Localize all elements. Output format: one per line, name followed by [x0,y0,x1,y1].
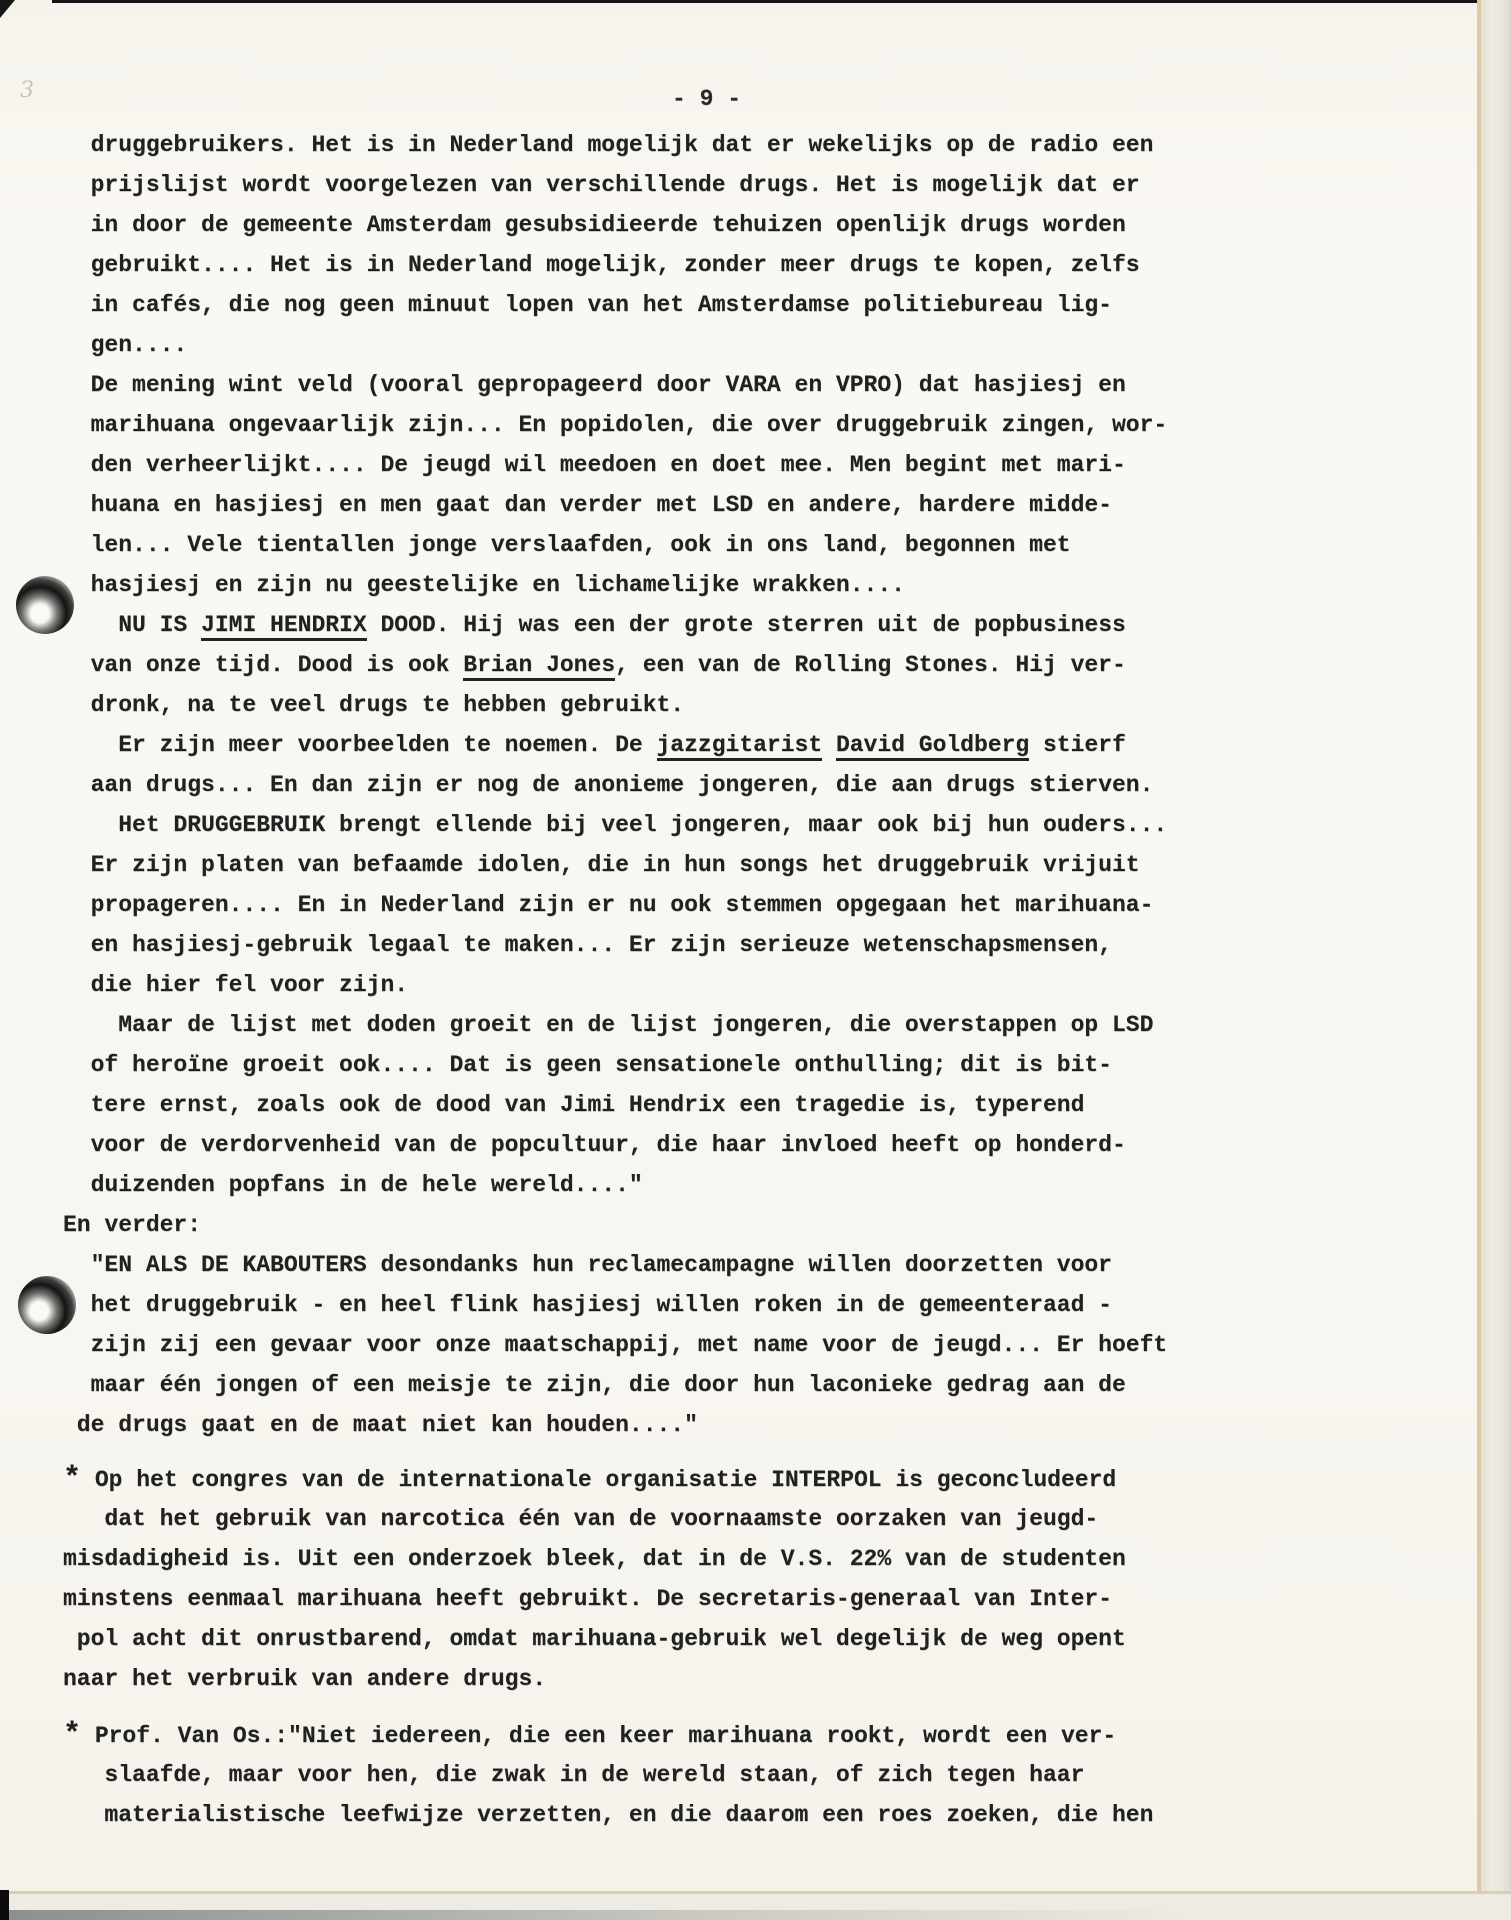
typed-line: slaafde, maar voor hen, die zwak in de w… [63,1755,1167,1795]
typed-line: zijn zij een gevaar voor onze maatschapp… [63,1325,1167,1365]
scan-bottom-shadow [8,1910,1188,1920]
typed-line: Er zijn meer voorbeelden te noemen. De j… [63,725,1167,765]
typed-line: en hasjiesj-gebruik legaal te maken... E… [63,925,1167,965]
typed-line: of heroïne groeit ook.... Dat is geen se… [63,1045,1167,1085]
typed-text: druggebruikers. Het is in Nederland moge… [63,125,1167,1835]
typed-line: misdadigheid is. Uit een onderzoek bleek… [63,1539,1167,1579]
typed-line: huana en hasjiesj en men gaat dan verder… [63,485,1167,525]
typed-line: aan drugs... En dan zijn er nog de anoni… [63,765,1167,805]
typed-line: materialistische leefwijze verzetten, en… [63,1795,1167,1835]
typed-line: duizenden popfans in de hele wereld...." [63,1165,1167,1205]
typed-line: Het DRUGGEBRUIK brengt ellende bij veel … [63,805,1167,845]
typed-line: En verder: [63,1205,1167,1245]
typed-line: dronk, na te veel drugs te hebben gebrui… [63,685,1167,725]
typed-line: gebruikt.... Het is in Nederland mogelij… [63,245,1167,285]
paper-right-edge [1477,0,1511,1920]
typed-line: pol acht dit onrustbarend, omdat marihua… [63,1619,1167,1659]
typed-line: Er zijn platen van befaamde idolen, die … [63,845,1167,885]
typed-line: maar één jongen of een meisje te zijn, d… [63,1365,1167,1405]
typed-line: marihuana ongevaarlijk zijn... En popido… [63,405,1167,445]
typed-line: het druggebruik - en heel flink hasjiesj… [63,1285,1167,1325]
scan-corner-bottom-left [0,1890,9,1920]
typed-line: propageren.... En in Nederland zijn er n… [63,885,1167,925]
typed-line: tere ernst, zoals ook de dood van Jimi H… [63,1085,1167,1125]
typed-line: prijslijst wordt voorgelezen van verschi… [63,165,1167,205]
typed-line: gen.... [63,325,1167,365]
typed-line: naar het verbruik van andere drugs. [63,1659,1167,1699]
pencil-annotation: 3 [20,78,34,103]
scanned-document-page: 3 - 9 - druggebruikers. Het is in Nederl… [0,0,1511,1920]
typed-line: hasjiesj en zijn nu geestelijke en licha… [63,565,1167,605]
scan-top-edge [52,0,1511,3]
typed-line: druggebruikers. Het is in Nederland moge… [63,125,1167,165]
typed-line: * Prof. Van Os.:"Niet iedereen, die een … [63,1715,1167,1755]
typed-line: * Op het congres van de internationale o… [63,1459,1167,1499]
typed-line: in cafés, die nog geen minuut lopen van … [63,285,1167,325]
page-number: - 9 - [672,84,741,114]
typed-line: De mening wint veld (vooral gepropageerd… [63,365,1167,405]
typed-line: dat het gebruik van narcotica één van de… [63,1499,1167,1539]
typed-line: len... Vele tientallen jonge verslaafden… [63,525,1167,565]
typed-line: de drugs gaat en de maat niet kan houden… [63,1405,1167,1445]
scan-corner-top-left [0,0,15,18]
typed-line: den verheerlijkt.... De jeugd wil meedoe… [63,445,1167,485]
typed-line: in door de gemeente Amsterdam gesubsidie… [63,205,1167,245]
typed-line: voor de verdorvenheid van de popcultuur,… [63,1125,1167,1165]
typed-line: "EN ALS DE KABOUTERS desondanks hun recl… [63,1245,1167,1285]
typed-line: van onze tijd. Dood is ook Brian Jones, … [63,645,1167,685]
typed-line: die hier fel voor zijn. [63,965,1167,1005]
typed-line: Maar de lijst met doden groeit en de lij… [63,1005,1167,1045]
typed-line: minstens eenmaal marihuana heeft gebruik… [63,1579,1167,1619]
typed-line: NU IS JIMI HENDRIX DOOD. Hij was een der… [63,605,1167,645]
